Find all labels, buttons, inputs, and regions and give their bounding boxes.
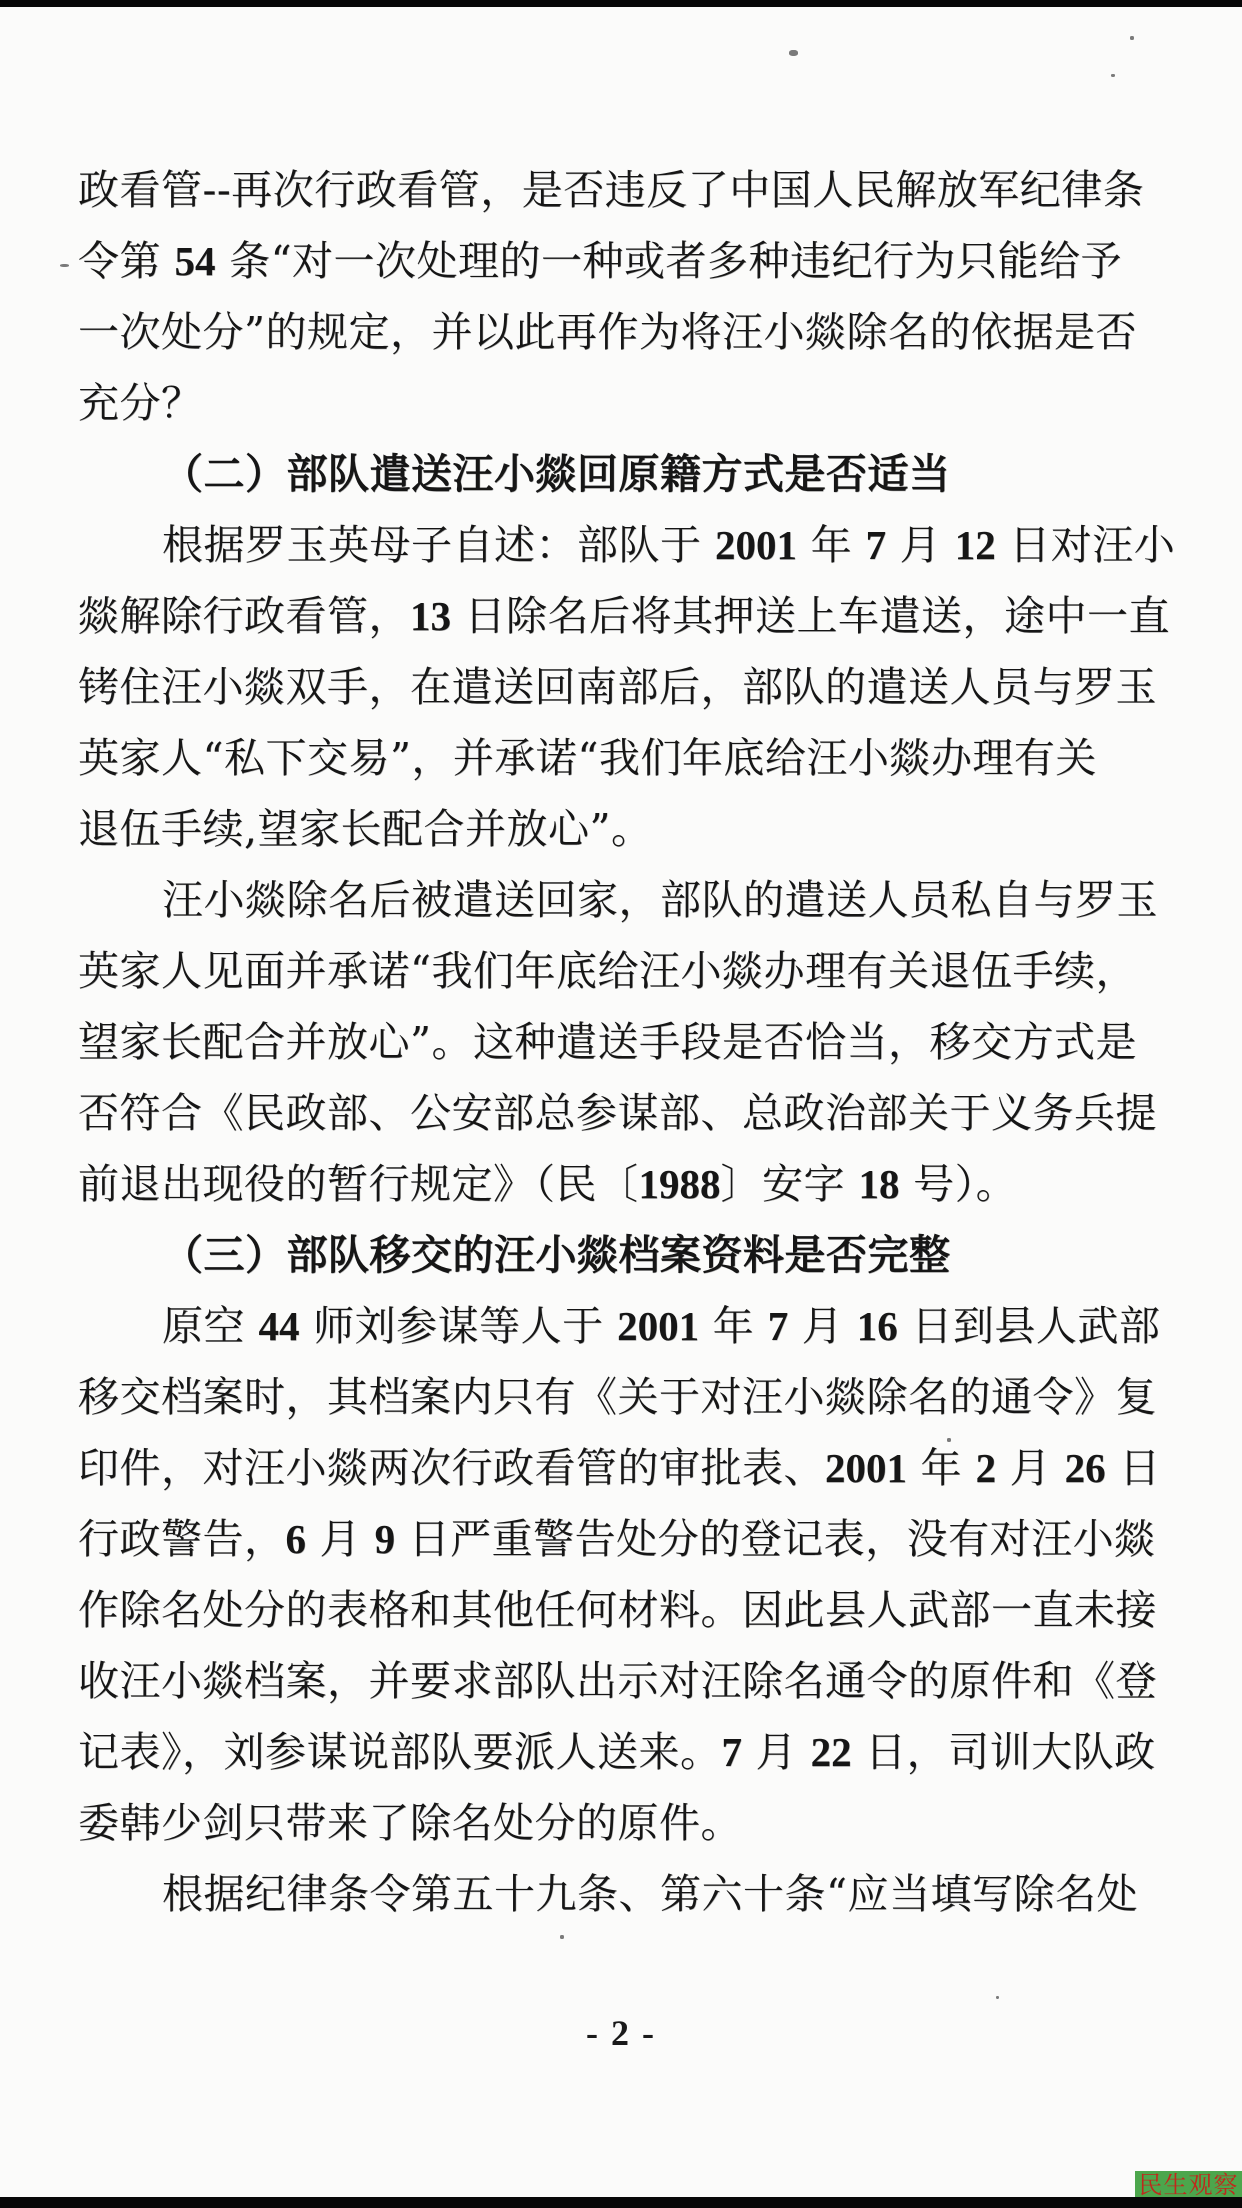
- scan-edge-bottom: [0, 2197, 1242, 2208]
- scan-speck: [1111, 74, 1115, 77]
- text-line: 英家人“私下交易”，并承诺“我们年底给汪小燚办理有关: [78, 723, 1160, 794]
- scan-speck: [60, 264, 69, 267]
- document-body: 政看管--再次行政看管，是否违反了中国人民解放军纪律条令第 54 条“对一次处理…: [78, 155, 1160, 1930]
- text-line: 印件，对汪小燚两次行政看管的审批表、2001 年 2 月 26 日: [78, 1433, 1160, 1504]
- scan-speck: [1130, 36, 1134, 40]
- section-heading: （二）部队遣送汪小燚回原籍方式是否适当: [78, 439, 1160, 510]
- scan-speck: [789, 50, 798, 56]
- text-line: 燚解除行政看管，13 日除名后将其押送上车遣送，途中一直: [78, 581, 1160, 652]
- scan-speck: [996, 1996, 999, 1999]
- text-line: 汪小燚除名后被遣送回家，部队的遣送人员私自与罗玉: [78, 865, 1160, 936]
- text-line: 委韩少剑只带来了除名处分的原件。: [78, 1788, 1160, 1859]
- text-line: 记表》，刘参谋说部队要派人送来。7 月 22 日，司训大队政: [78, 1717, 1160, 1788]
- text-line: 否符合《民政部、公安部总参谋部、总政治部关于义务兵提: [78, 1078, 1160, 1149]
- scan-speck: [947, 1438, 951, 1442]
- text-line: 作除名处分的表格和其他任何材料。因此县人武部一直未接: [78, 1575, 1160, 1646]
- text-line: 令第 54 条“对一次处理的一种或者多种违纪行为只能给予: [78, 226, 1160, 297]
- text-line: 原空 44 师刘参谋等人于 2001 年 7 月 16 日到县人武部: [78, 1291, 1160, 1362]
- page-number: - 2 -: [0, 2012, 1242, 2054]
- text-line: 前退出现役的暂行规定》（民〔1988〕安字 18 号）。: [78, 1149, 1160, 1220]
- text-line: 行政警告，6 月 9 日严重警告处分的登记表，没有对汪小燚: [78, 1504, 1160, 1575]
- watermark-stamp: 民生观察: [1135, 2171, 1242, 2199]
- scan-edge-top: [0, 0, 1242, 7]
- scan-speck: [560, 1935, 564, 1939]
- text-line: 铐住汪小燚双手，在遣送回南部后，部队的遣送人员与罗玉: [78, 652, 1160, 723]
- text-line: 移交档案时，其档案内只有《关于对汪小燚除名的通令》复: [78, 1362, 1160, 1433]
- text-line: 退伍手续,望家长配合并放心”。: [78, 794, 1160, 865]
- text-line: 收汪小燚档案，并要求部队出示对汪除名通令的原件和《登: [78, 1646, 1160, 1717]
- text-line: 一次处分”的规定，并以此再作为将汪小燚除名的依据是否: [78, 297, 1160, 368]
- text-line: 根据纪律条令第五十九条、第六十条“应当填写除名处: [78, 1859, 1160, 1930]
- section-heading: （三）部队移交的汪小燚档案资料是否完整: [78, 1220, 1160, 1291]
- watermark-text: 民生观察: [1139, 2171, 1239, 2199]
- text-line: 政看管--再次行政看管，是否违反了中国人民解放军纪律条: [78, 155, 1160, 226]
- scanned-document-page: 政看管--再次行政看管，是否违反了中国人民解放军纪律条令第 54 条“对一次处理…: [0, 0, 1242, 2208]
- text-line: 英家人见面并承诺“我们年底给汪小燚办理有关退伍手续，: [78, 936, 1160, 1007]
- text-line: 望家长配合并放心”。这种遣送手段是否恰当，移交方式是: [78, 1007, 1160, 1078]
- text-line: 充分？: [78, 368, 1160, 439]
- text-line: 根据罗玉英母子自述：部队于 2001 年 7 月 12 日对汪小: [78, 510, 1160, 581]
